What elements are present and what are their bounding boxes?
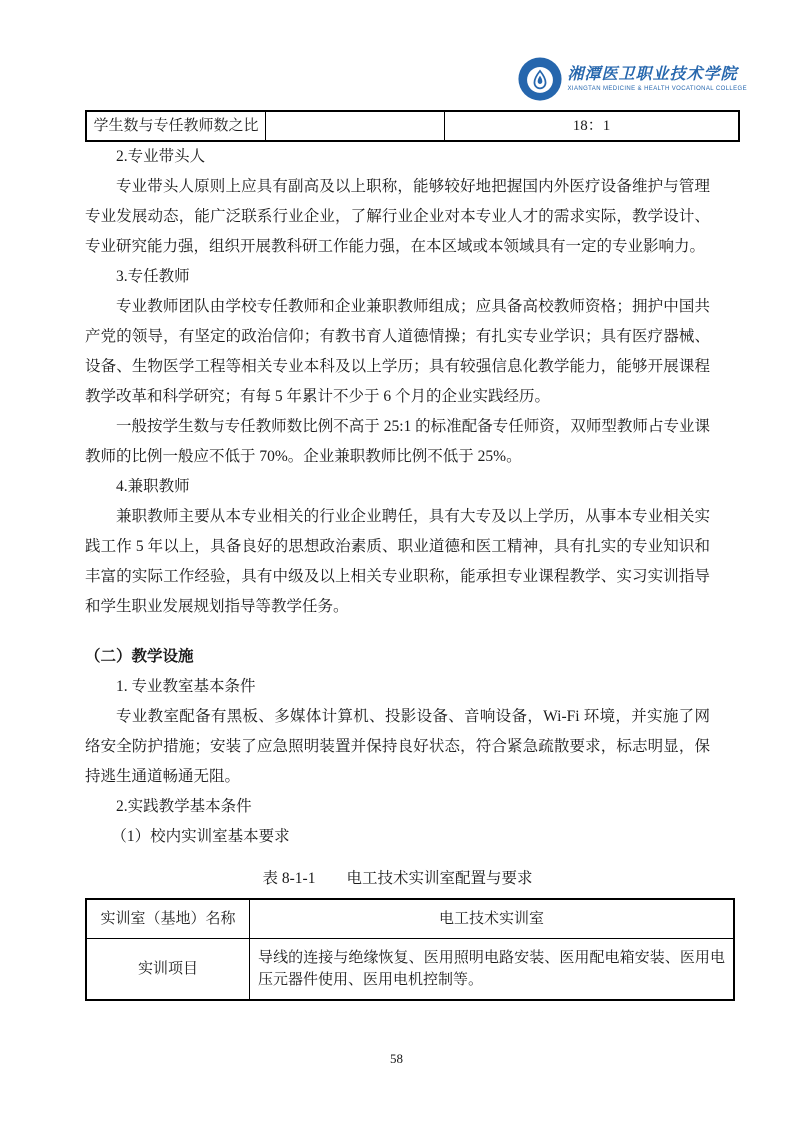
section-heading-fulltime-teachers: 3.专任教师 [85,262,710,292]
section-heading-teaching-facilities: （二）教学设施 [85,642,710,672]
table-row: 学生数与专任教师数之比 18：1 [86,111,739,141]
table-caption: 表 8-1-1 电工技术实训室配置与要求 [85,864,710,894]
table-row: 实训项目 导线的连接与绝缘恢复、医用照明电路安装、医用配电箱安装、医用电压元器件… [86,939,734,1001]
body-paragraph: 专业带头人原则上应具有副高及以上职称，能够较好地把握国内外医疗设备维护与管理专业… [85,172,710,262]
training-room-name-value: 电工技术实训室 [250,899,735,939]
body-paragraph: 专业教室配备有黑板、多媒体计算机、投影设备、音响设备，Wi-Fi 环境，并实施了… [85,702,710,792]
body-paragraph: 兼职教师主要从本专业相关的行业企业聘任，具有大专及以上学历，从事本专业相关实践工… [85,502,710,622]
college-emblem-icon [517,56,563,102]
document-page: 湘潭医卫职业技术学院 XIANGTAN MEDICINE & HEALTH VO… [0,0,793,1122]
college-logo: 湘潭医卫职业技术学院 XIANGTAN MEDICINE & HEALTH VO… [517,56,747,102]
body-paragraph: 一般按学生数与专任教师数比例不高于 25:1 的标准配备专任师资，双师型教师占专… [85,412,710,472]
subsection-heading-campus-lab: （1）校内实训室基本要求 [85,822,710,852]
subsection-heading-practice: 2.实践教学基本条件 [85,792,710,822]
college-name-en: XIANGTAN MEDICINE & HEALTH VOCATIONAL CO… [568,86,747,93]
ratio-row-empty-cell [266,111,445,141]
college-name-cn: 湘潭医卫职业技术学院 [568,66,747,84]
student-teacher-ratio-table: 学生数与专任教师数之比 18：1 [85,110,740,142]
subsection-heading-classroom: 1. 专业教室基本条件 [85,672,710,702]
body-paragraph: 专业教师团队由学校专任教师和企业兼职教师组成；应具备高校教师资格；拥护中国共产党… [85,292,710,412]
section-heading-parttime-teachers: 4.兼职教师 [85,472,710,502]
page-number: 58 [0,1050,793,1068]
training-project-label: 实训项目 [86,939,250,1001]
college-name: 湘潭医卫职业技术学院 XIANGTAN MEDICINE & HEALTH VO… [568,66,747,92]
training-project-value: 导线的连接与绝缘恢复、医用照明电路安装、医用配电箱安装、医用电压元器件使用、医用… [250,939,735,1001]
section-heading-leader: 2.专业带头人 [85,142,710,172]
training-room-name-label: 实训室（基地）名称 [86,899,250,939]
ratio-row-label: 学生数与专任教师数之比 [86,111,266,141]
training-room-table: 实训室（基地）名称 电工技术实训室 实训项目 导线的连接与绝缘恢复、医用照明电路… [85,898,735,1001]
table-row: 实训室（基地）名称 电工技术实训室 [86,899,734,939]
ratio-row-value: 18：1 [445,111,740,141]
document-body: 学生数与专任教师数之比 18：1 2.专业带头人 专业带头人原则上应具有副高及以… [85,110,710,1001]
